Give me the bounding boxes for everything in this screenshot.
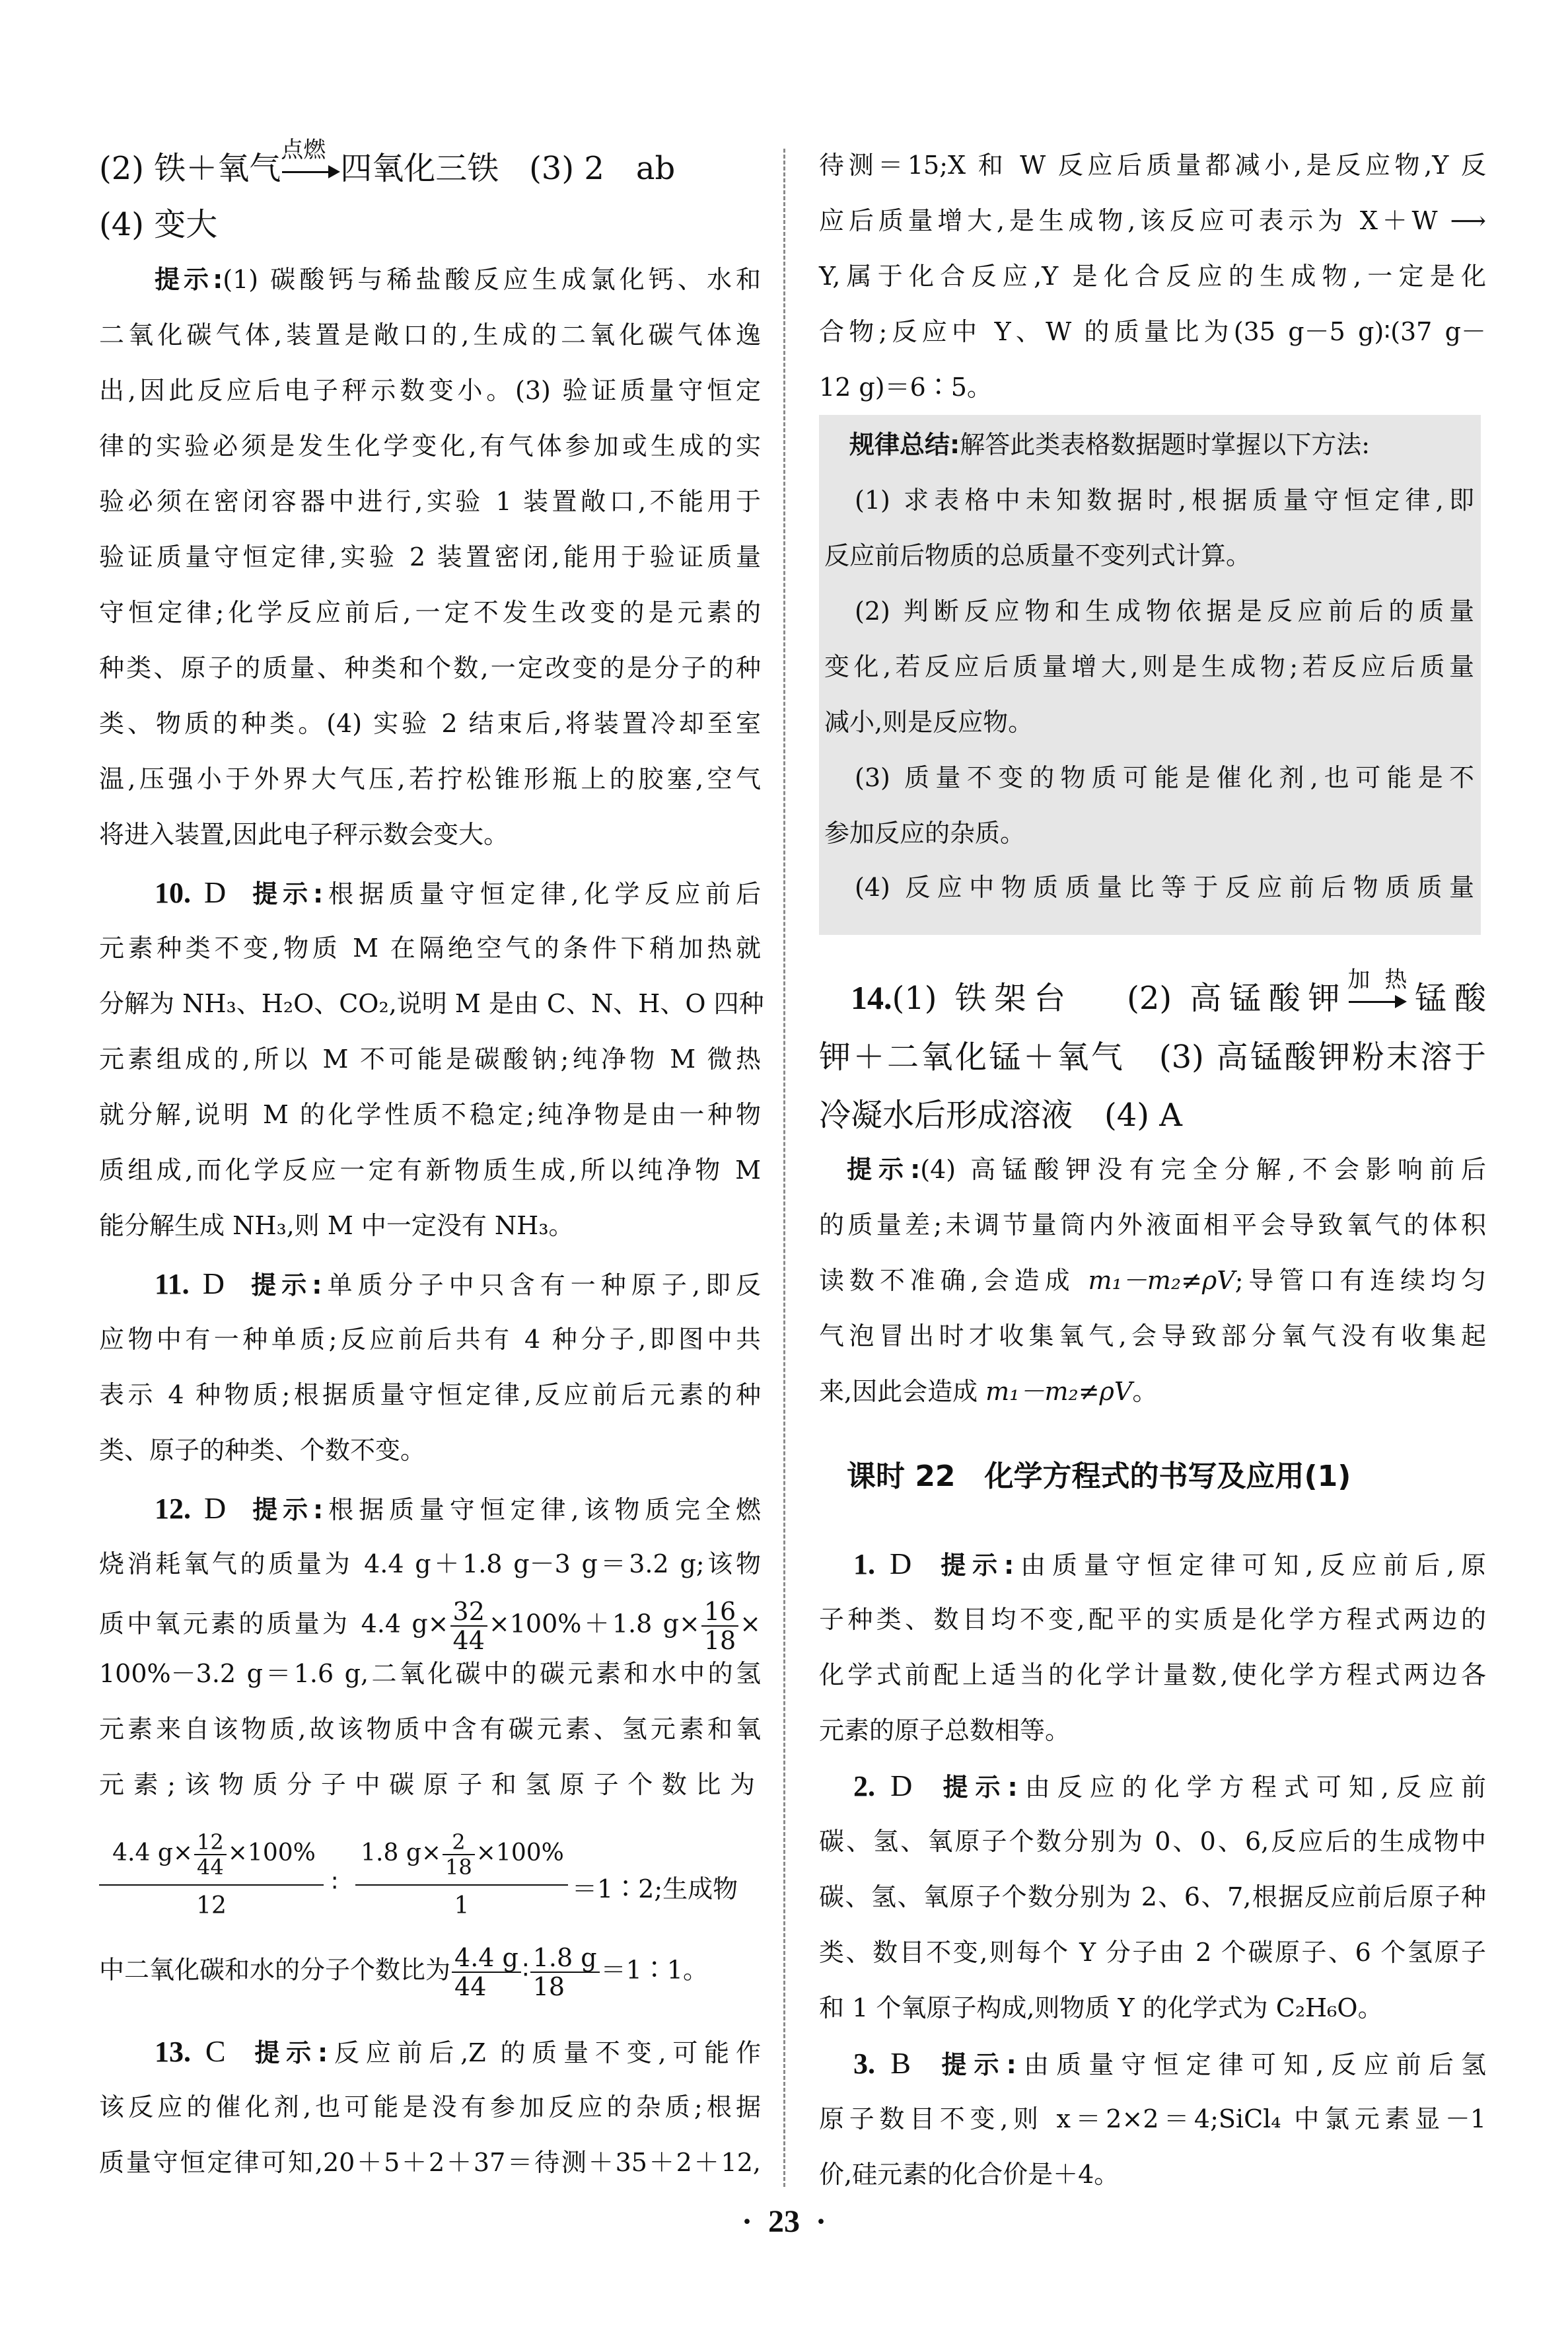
- ratio-numerator-2: 1.8 g×218×100%: [353, 1830, 571, 1879]
- question-13: 13. C 提示:反应前后,Z 的质量不变,可能作: [99, 2035, 761, 2069]
- q14-line: 钾＋二氧化锰＋氧气 (3) 高锰酸钾粉末溶于: [819, 1037, 1486, 1077]
- q9-hint-line: 验必须在密闭容器中进行,实验 1 装置敞口,不能用于: [99, 485, 761, 518]
- answer: D: [890, 1547, 911, 1580]
- q10-hint-line: 就分解,说明 M 的化学性质不稳定;纯净物是由一种物: [99, 1098, 761, 1131]
- answer: D: [890, 1769, 912, 1802]
- q9-hint-line: 律的实验必须是发生化学变化,有气体参加或生成的实: [99, 429, 761, 462]
- q9-hint-line: 温,压强小于外界大气压,若拧松锥形瓶上的胶塞,空气: [99, 762, 761, 795]
- q12-hint-line: 元素;该物质分子中碳原子和氢原子个数比为: [99, 1768, 761, 1801]
- fraction-bar: [99, 1884, 324, 1886]
- q9-part2-line: (2) 铁＋氧气点燃四氧化三铁 (3) 2 ab: [99, 149, 761, 188]
- q13-hint-line: 质量守恒定律可知,20＋5＋2＋37＝待测＋35＋2＋12,: [99, 2146, 761, 2179]
- q9-hint-line: 出,因此反应后电子秤示数变小。(3) 验证质量守恒定: [99, 374, 761, 407]
- q11-hint-line: 类、原子的种类、个数不变。: [99, 1434, 761, 1467]
- q10-hint-line: 元素种类不变,物质 M 在隔绝空气的条件下稍加热就: [99, 932, 761, 965]
- summary-line: (4) 反应中物质质量比等于反应前后物质质量: [819, 871, 1474, 904]
- summary-line: 反应前后物质的总质量不变列式计算。: [819, 539, 1486, 572]
- q12-molecule-ratio-line: 中二氧化碳和水的分子个数比为4.4 g44∶1.8 g18＝1∶1。: [99, 1944, 761, 2001]
- summary-line: 减小,则是反应物。: [819, 706, 1486, 739]
- q9-hint-line: 验证质量守恒定律,实验 2 装置密闭,能用于验证质量: [99, 540, 761, 573]
- fraction: 4.4 g44: [452, 1944, 521, 2001]
- answer: D: [204, 875, 226, 909]
- ratio-denominator-2: 1: [355, 1892, 568, 1919]
- l2-hint-line: 和 1 个氧原子构成,则物质 Y 的化学式为 C₂H₆O。: [819, 1991, 1486, 2024]
- formula: m₁－m₂≠ρV: [985, 1377, 1132, 1406]
- q11-hint-line: 应物中有一种单质;反应前后共有 4 种分子,即图中共: [99, 1323, 761, 1356]
- answer: C: [205, 2034, 226, 2068]
- reaction-arrow-icon: 加热: [1347, 988, 1407, 1014]
- q14-line: 冷凝水后形成溶液 (4) A: [819, 1095, 1486, 1135]
- lesson-question-2: 2. D 提示:由反应的化学方程式可知,反应前: [819, 1769, 1486, 1804]
- q13-cont-line: 待测＝15;X 和 W 反应后质量都减小,是反应物,Y 反: [819, 149, 1486, 182]
- column-divider: [783, 149, 785, 2187]
- ratio-numerator-1: 4.4 g×1244×100%: [99, 1830, 329, 1879]
- l1-hint-line: 化学式前配上适当的化学计量数,使化学方程式两边各: [819, 1658, 1486, 1691]
- q12-hint-line: 100%－3.2 g＝1.6 g,二氧化碳中的碳元素和水中的氢: [99, 1657, 761, 1690]
- answer: B: [890, 2046, 911, 2080]
- l2-hint-line: 碳、氢、氧原子个数分别为 2、6、7,根据反应前后原子种: [819, 1880, 1486, 1913]
- question-10: 10. D 提示:根据质量守恒定律,化学反应前后: [99, 876, 761, 910]
- q13-cont-line: Y,属于化合反应,Y 是化合反应的生成物,一定是化: [819, 260, 1486, 293]
- q9-hint-line: 将进入装置,因此电子秤示数会变大。: [99, 818, 761, 851]
- q14-hint-line: 来,因此会造成 m₁－m₂≠ρV。: [819, 1375, 1486, 1408]
- q14-hint-line: 的质量差;未调节量筒内外液面相平会导致氧气的体积: [819, 1208, 1486, 1241]
- fraction-bar: [355, 1884, 568, 1886]
- lesson-heading: 课时 22 化学方程式的书写及应用(1): [819, 1460, 1486, 1493]
- l2-hint-line: 碳、氢、氧原子个数分别为 0、0、6,反应后的生成物中: [819, 1825, 1486, 1858]
- atom-ratio-expression: 4.4 g×1244×100% 12 ∶ 1.8 g×218×100% 1 ＝1…: [99, 1830, 761, 1929]
- summary-line: (1) 求表格中未知数据时,根据质量守恒定律,即: [819, 484, 1474, 517]
- q9-hint-line: 种类、原子的质量、种类和个数,一定改变的是分子的种: [99, 651, 761, 684]
- summary-title-line: 规律总结:解答此类表格数据题时掌握以下方法:: [819, 428, 1473, 461]
- q14-hint-line: 读数不准确,会造成 m₁－m₂≠ρV;导管口有连续均匀: [819, 1264, 1486, 1297]
- q12-oxygen-mass-line: 质中氧元素的质量为 4.4 g×3244×100%＋1.8 g×1618×: [99, 1598, 761, 1654]
- page-number: · 23 ·: [0, 2203, 1568, 2240]
- l2-hint-line: 类、数目不变,则每个 Y 分子由 2 个碳原子、6 个氢原子: [819, 1936, 1486, 1969]
- fraction: 3244: [450, 1598, 487, 1654]
- reaction-arrow-icon: 点燃: [281, 158, 340, 184]
- summary-line: 参加反应的杂质。: [819, 817, 1486, 850]
- q10-hint-line: 能分解生成 NH₃,则 M 中一定没有 NH₃。: [99, 1209, 761, 1242]
- q13-cont-line: 应后质量增大,是生成物,该反应可表示为 X＋W ⟶: [819, 204, 1486, 237]
- formula: m₁－m₂≠ρV: [1088, 1266, 1235, 1295]
- lesson-question-1: 1. D 提示:由质量守恒定律可知,反应前后,原: [819, 1547, 1486, 1582]
- q10-hint-line: 质组成,而化学反应一定有新物质生成,所以纯净物 M: [99, 1154, 761, 1187]
- q14-hint-line: 提示:(4) 高锰酸钾没有完全分解,不会影响前后: [819, 1153, 1486, 1186]
- lesson-question-3: 3. B 提示:由质量守恒定律可知,反应前后氢: [819, 2047, 1486, 2081]
- l3-hint-line: 价,硅元素的化合价是＋4。: [819, 2158, 1486, 2191]
- fraction: 1618: [701, 1598, 738, 1654]
- q10-hint-line: 元素组成的,所以 M 不可能是碳酸钠;纯净物 M 微热: [99, 1043, 761, 1076]
- q14-hint-line: 气泡冒出时才收集氧气,会导致部分氧气没有收集起: [819, 1319, 1486, 1352]
- q13-cont-line: 12 g)＝6∶5。: [819, 371, 1486, 404]
- ratio-denominator-1: 12: [99, 1892, 324, 1919]
- q12-hint-line: 元素来自该物质,故该物质中含有碳元素、氢元素和氧: [99, 1713, 761, 1746]
- q13-hint-line: 该反应的催化剂,也可能是没有参加反应的杂质;根据: [99, 2090, 761, 2123]
- l1-hint-line: 元素的原子总数相等。: [819, 1714, 1486, 1747]
- q9-hint-line: 类、物质的种类。(4) 实验 2 结束后,将装置冷却至室: [99, 707, 761, 740]
- l3-hint-line: 原子数目不变,则 x＝2×2＝4;SiCl₄ 中氯元素显－1: [819, 2102, 1486, 2135]
- q9-hint-line: 二氧化碳气体,装置是敞口的,生成的二氧化碳气体逸: [99, 318, 761, 351]
- answer: D: [204, 1491, 226, 1525]
- answer: D: [203, 1267, 225, 1300]
- q9-part4: (4) 变大: [99, 205, 761, 244]
- q12-hint-line: 烧消耗氧气的质量为 4.4 g＋1.8 g－3 g＝3.2 g;该物: [99, 1547, 761, 1580]
- q9-hint-line: 守恒定律;化学反应前后,一定不发生改变的是元素的: [99, 596, 761, 629]
- summary-line: 变化,若反应后质量增大,则是生成物;若反应后质量: [819, 650, 1474, 683]
- question-11: 11. D 提示:单质分子中只含有一种原子,即反: [99, 1267, 761, 1302]
- summary-title: 规律总结:: [849, 430, 960, 459]
- fraction: 1.8 g18: [530, 1944, 600, 2001]
- q10-hint-line: 分解为 NH₃、H₂O、CO₂,说明 M 是由 C、N、H、O 四种: [99, 987, 761, 1020]
- question-12: 12. D 提示:根据质量守恒定律,该物质完全燃: [99, 1492, 761, 1526]
- summary-line: (2) 判断反应物和生成物依据是反应前后的质量: [819, 595, 1474, 628]
- q11-hint-line: 表示 4 种物质;根据质量守恒定律,反应前后元素的种: [99, 1378, 761, 1411]
- q13-cont-line: 合物;反应中 Y、W 的质量比为(35 g－5 g)∶(37 g－: [819, 315, 1486, 348]
- q9-hint-line: 提示:(1) 碳酸钙与稀盐酸反应生成氯化钙、水和: [99, 263, 761, 296]
- question-14: 14.(1) 铁架台 (2) 高锰酸钾加热锰酸: [819, 978, 1486, 1018]
- l1-hint-line: 子种类、数目均不变,配平的实质是化学方程式两边的: [819, 1603, 1486, 1636]
- summary-line: (3) 质量不变的物质可能是催化剂,也可能是不: [819, 761, 1474, 794]
